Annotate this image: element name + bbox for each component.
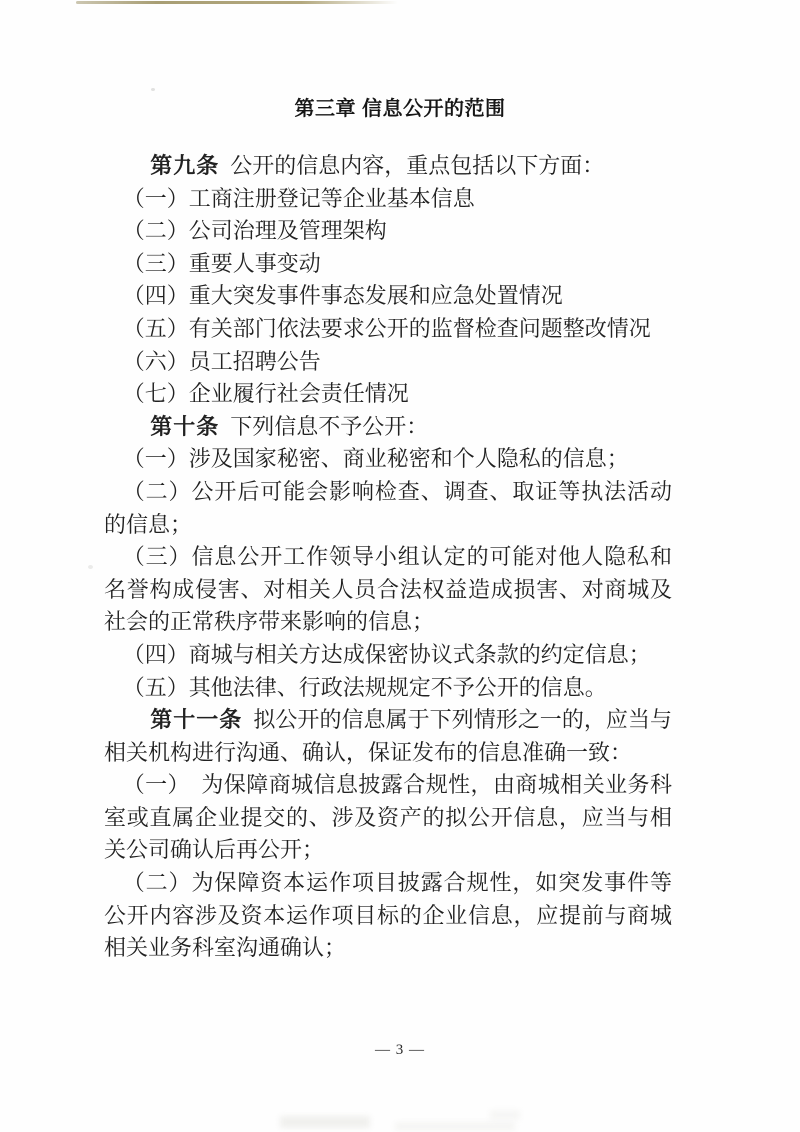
item-paragraph: （四）重大突发事件事态发展和应急处置情况 bbox=[104, 280, 672, 313]
article-paragraph: 第十条 下列信息不予公开： bbox=[104, 411, 672, 444]
item-paragraph: （一）涉及国家秘密、商业秘密和个人隐私的信息； bbox=[104, 443, 672, 476]
item-paragraph: （五）其他法律、行政法规规定不予公开的信息。 bbox=[104, 672, 672, 705]
item-paragraph: （三）重要人事变动 bbox=[104, 248, 672, 281]
article-number: 第十条 bbox=[150, 414, 219, 439]
scan-artifact-line bbox=[76, 1, 398, 4]
item-paragraph: （二）公司治理及管理架构 bbox=[104, 215, 672, 248]
article-paragraph: 第十一条 拟公开的信息属于下列情形之一的，应当与相关机构进行沟通、确认，保证发布… bbox=[104, 704, 672, 769]
page-number: — 3 — bbox=[0, 1042, 800, 1059]
chapter-title: 第三章 信息公开的范围 bbox=[0, 0, 800, 122]
item-paragraph: （五）有关部门依法要求公开的监督检查问题整改情况 bbox=[104, 313, 672, 346]
article-paragraph: 第九条 公开的信息内容，重点包括以下方面： bbox=[104, 150, 672, 183]
item-paragraph: （三）信息公开工作领导小组认定的可能对他人隐私和名誉构成侵害、对相关人员合法权益… bbox=[104, 541, 672, 639]
item-paragraph: （一）工商注册登记等企业基本信息 bbox=[104, 183, 672, 216]
document-body: 第九条 公开的信息内容，重点包括以下方面：（一）工商注册登记等企业基本信息（二）… bbox=[104, 150, 672, 965]
item-paragraph: （四）商城与相关方达成保密协议式条款的约定信息； bbox=[104, 639, 672, 672]
item-paragraph: （一） 为保障商城信息披露合规性，由商城相关业务科室或直属企业提交的、涉及资产的… bbox=[104, 769, 672, 867]
article-number: 第九条 bbox=[150, 153, 219, 178]
document-page: 第三章 信息公开的范围 第九条 公开的信息内容，重点包括以下方面：（一）工商注册… bbox=[0, 0, 800, 1132]
item-paragraph: （七）企业履行社会责任情况 bbox=[104, 378, 672, 411]
item-paragraph: （二）公开后可能会影响检查、调查、取证等执法活动的信息； bbox=[104, 476, 672, 541]
item-paragraph: （二）为保障资本运作项目披露合规性，如突发事件等公开内容涉及资本运作项目标的企业… bbox=[104, 867, 672, 965]
scan-smudge bbox=[280, 1116, 370, 1128]
scan-smudge bbox=[395, 1122, 515, 1131]
scan-speck bbox=[88, 565, 93, 569]
scan-smudge bbox=[490, 1110, 520, 1120]
item-paragraph: （六）员工招聘公告 bbox=[104, 346, 672, 379]
article-number: 第十一条 bbox=[150, 707, 242, 732]
scan-speck bbox=[151, 88, 155, 91]
